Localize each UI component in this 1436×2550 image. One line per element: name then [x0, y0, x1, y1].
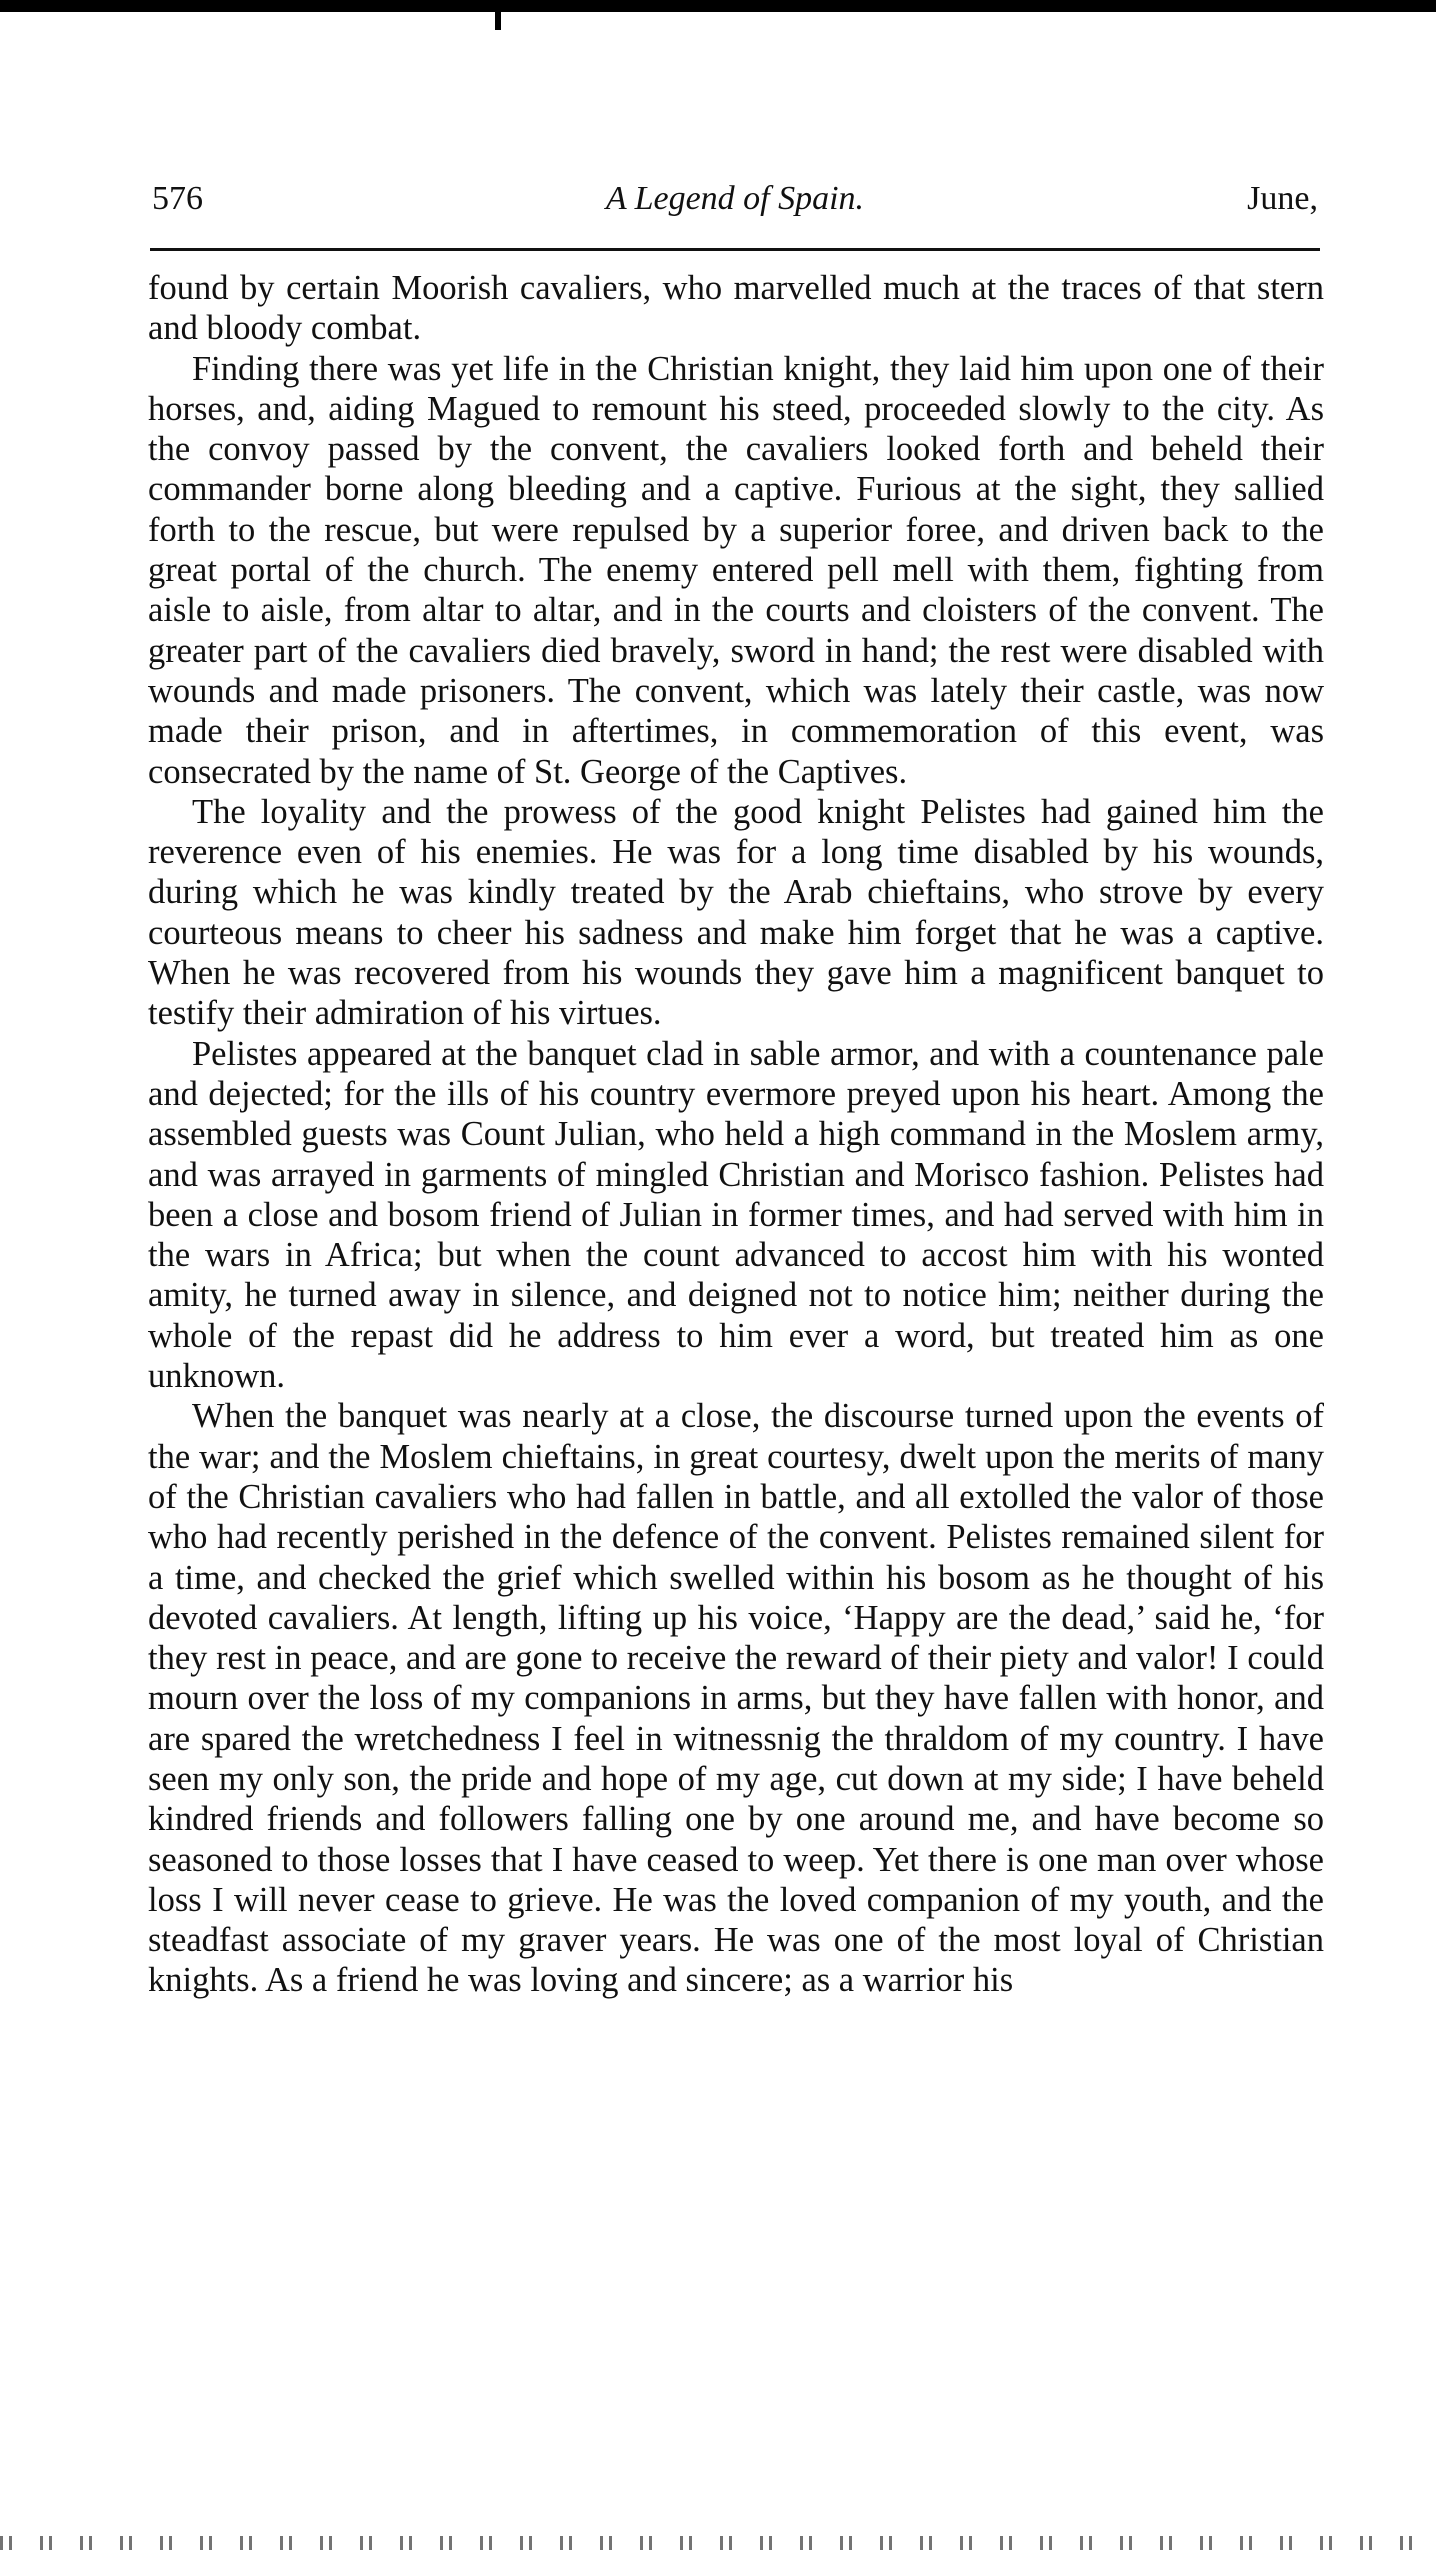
running-date: June,	[1247, 180, 1318, 218]
paragraph: found by certain Moorish cavaliers, who …	[148, 268, 1324, 349]
scan-bottom-edge	[0, 2536, 1436, 2550]
header-rule	[150, 248, 1320, 251]
body-text: found by certain Moorish cavaliers, who …	[148, 268, 1324, 2001]
paragraph: Finding there was yet life in the Christ…	[148, 349, 1324, 792]
scan-artifact	[495, 12, 501, 30]
paragraph: Pelistes appeared at the banquet clad in…	[148, 1034, 1324, 1397]
page-header: 576 A Legend of Spain. June,	[150, 180, 1320, 230]
running-title: A Legend of Spain.	[150, 180, 1320, 218]
paragraph: When the banquet was nearly at a close, …	[148, 1396, 1324, 2000]
scan-top-edge	[0, 0, 1436, 12]
paragraph: The loyality and the prowess of the good…	[148, 792, 1324, 1034]
